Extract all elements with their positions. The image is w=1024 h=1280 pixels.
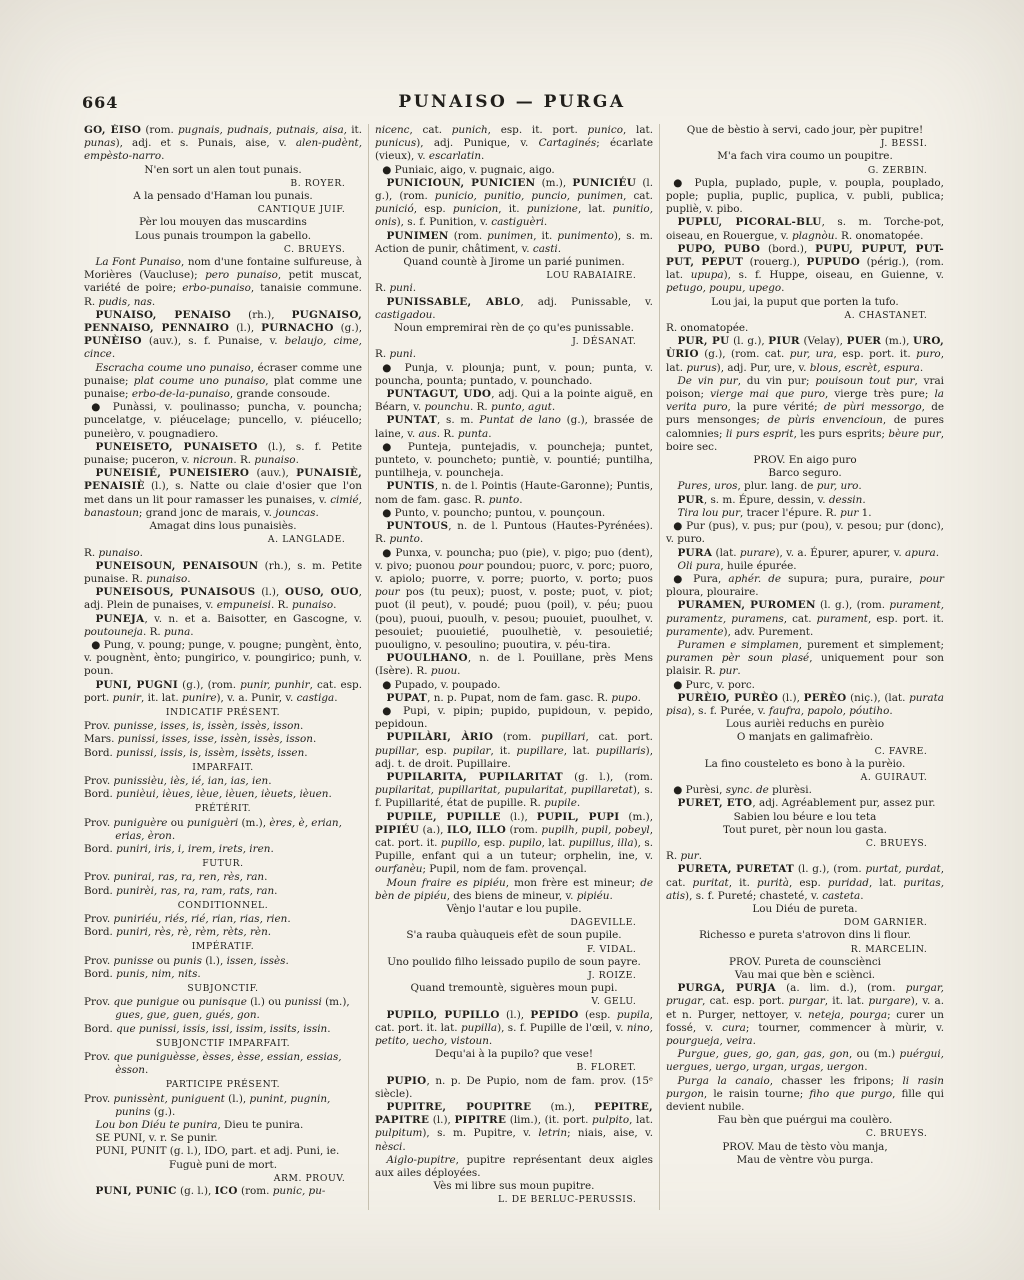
citation-line: Vènjo l'autar e lou pupile.: [375, 903, 653, 916]
citation-attribution: L. DE BERLUC-PERUSSIS.: [375, 1193, 653, 1206]
dictionary-entry: PUNICIOUN, PUNICIEN (m.), PUNICIÉU (l. g…: [375, 177, 653, 230]
citation-attribution: B. ROYER.: [84, 177, 362, 190]
citation-attribution: R. MARCELIN.: [666, 943, 944, 956]
entry-text: Puramen e simplamen, purement et simplem…: [666, 639, 944, 679]
citation-line: Lou jai, la puput que porten la tufo.: [666, 296, 944, 309]
text-columns: GO, ÈISO (rom. pugnais, pudnais, putnais…: [78, 124, 950, 1210]
entry-continuation: R. pur.: [666, 850, 944, 863]
citation-attribution: C. BRUEYS.: [666, 1127, 944, 1140]
entry-text: Lou bon Diéu te punira, Dieu te punira.: [84, 1119, 362, 1132]
citation-attribution: A. LANGLADE.: [84, 533, 362, 546]
dictionary-entry: PUR, s. m. Épure, dessin, v. dessin.: [666, 494, 944, 507]
cross-reference: ● Puniaic, aigo, v. pugnaic, aigo.: [375, 164, 653, 177]
dictionary-entry: PUNTOUS, n. de l. Puntous (Hautes-Pyréné…: [375, 520, 653, 546]
citation-line: S'a rauba quàuqueis efèt de soun pupile.: [375, 929, 653, 942]
entry-text: Pures, uros, plur. lang. de pur, uro.: [666, 480, 944, 493]
entry-text: Aiglo-pupitre, pupitre représentant deux…: [375, 1154, 653, 1180]
citation-attribution: DAGEVILLE.: [375, 916, 653, 929]
grammar-heading: CONDITIONNEL.: [84, 899, 362, 912]
grammar-heading: SUBJONCTIF.: [84, 982, 362, 995]
conjugation-line: Prov. que puniguèsse, èsses, èsse, essia…: [84, 1051, 362, 1077]
cross-reference: ● Purc, v. porc.: [666, 679, 944, 692]
dictionary-entry: PUNI, PUGNI (g.), (rom. punir, punhir, c…: [84, 679, 362, 705]
dictionary-entry: PURA (lat. purare), v. a. Épurer, apurer…: [666, 547, 944, 560]
citation-attribution: V. GELU.: [375, 995, 653, 1008]
cross-reference: ● Purèsi, sync. de plurèsi.: [666, 784, 944, 797]
grammar-heading: FUTUR.: [84, 857, 362, 870]
proverb-line: PROV. En aigo puro: [666, 454, 944, 467]
conjugation-line: Bord. puniri, rès, rè, rèm, rèts, rèn.: [84, 926, 362, 939]
dictionary-entry: PURÈIO, PURÈO (l.), PERÈO (niç.), (lat. …: [666, 692, 944, 718]
grammar-heading: INDICATIF PRÉSENT.: [84, 706, 362, 719]
dictionary-entry: PUOULHANO, n. de l. Pouillane, près Mens…: [375, 652, 653, 678]
proverb-line: Mau de vèntre vòu purga.: [666, 1154, 944, 1167]
citation-attribution: B. FLORET.: [375, 1061, 653, 1074]
dictionary-entry: PUNI, PUNIC (g. l.), ICO (rom. punic, pu…: [84, 1185, 362, 1198]
conjugation-line: Prov. punirai, ras, ra, ren, rès, ran.: [84, 871, 362, 884]
citation-line: Que de bèstio à servi, cado jour, pèr pu…: [666, 124, 944, 137]
conjugation-line: Bord. que punissi, issis, issi, issim, i…: [84, 1023, 362, 1036]
citation-attribution: J. DÉSANAT.: [375, 335, 653, 348]
citation-line: Lous punais troumpon la gabello.: [84, 230, 362, 243]
dictionary-entry: PUNEISOUS, PUNAISOUS (l.), OUSO, OUO, ad…: [84, 586, 362, 612]
column-3: Que de bèstio à servi, cado jour, pèr pu…: [659, 124, 950, 1210]
entry-text: Tira lou pur, tracer l'épure. R. pur 1.: [666, 507, 944, 520]
citation-line: Lou Diéu de pureta.: [666, 903, 944, 916]
entry-text: Purgue, gues, go, gan, gas, gon, ou (m.)…: [666, 1048, 944, 1074]
proverb-line: PROV. Pureta de counsciènci: [666, 956, 944, 969]
dictionary-entry: PUNISSABLE, ABLO, adj. Punissable, v. ca…: [375, 296, 653, 322]
cross-reference: ● Pur (pus), v. pus; pur (pou), v. pesou…: [666, 520, 944, 546]
cross-reference: ● Punxa, v. pouncha; puo (pie), v. pigo;…: [375, 547, 653, 653]
cross-reference: ● Pupla, puplado, puple, v. poupla, poup…: [666, 177, 944, 217]
dictionary-entry: PUNEJA, v. n. et a. Baisotter, en Gascog…: [84, 613, 362, 639]
dictionary-entry: PUPILE, PUPILLE (l.), PUPIL, PUPI (m.), …: [375, 811, 653, 877]
dictionary-entry: PURETA, PURETAT (l. g.), (rom. purtat, p…: [666, 863, 944, 903]
citation-line: M'a fach vira coumo un poupitre.: [666, 150, 944, 163]
citation-line: Lous aurièi reduchs en purèio: [666, 718, 944, 731]
cross-reference: ● Pupado, v. poupado.: [375, 679, 653, 692]
dictionary-entry: PUPO, PUBO (bord.), PUPU, PUPUT, PUT-PUT…: [666, 243, 944, 296]
conjugation-line: Mars. punissi, isses, isse, issèn, issès…: [84, 733, 362, 746]
entry-text: De vin pur, du vin pur; pouisoun tout pu…: [666, 375, 944, 454]
conjugation-line: Prov. puniriéu, riés, rié, rian, rias, r…: [84, 913, 362, 926]
conjugation-line: Prov. punisse ou punis (l.), issen, issè…: [84, 955, 362, 968]
grammar-heading: IMPARFAIT.: [84, 761, 362, 774]
conjugation-line: Bord. punissi, issis, is, issèm, issèts,…: [84, 747, 362, 760]
citation-attribution: C. BRUEYS.: [666, 837, 944, 850]
page-title: PUNAISO — PURGA: [0, 92, 1024, 112]
conjugation-line: Prov. punissièu, iès, ié, ian, ias, ien.: [84, 775, 362, 788]
citation-attribution: A. CHASTANET.: [666, 309, 944, 322]
citation-attribution: ARM. PROUV.: [84, 1172, 362, 1185]
citation-attribution: A. GUIRAUT.: [666, 771, 944, 784]
entry-text: Escracha coume uno punaiso, écraser comm…: [84, 362, 362, 402]
grammar-heading: PARTICIPE PRÉSENT.: [84, 1078, 362, 1091]
column-1: GO, ÈISO (rom. pugnais, pudnais, putnais…: [78, 124, 368, 1210]
conjugation-line: Bord. punis, nim, nits.: [84, 968, 362, 981]
page-number: 664: [82, 93, 118, 112]
entry-text: SE PUNI, v. r. Se punir.: [84, 1132, 362, 1145]
dictionary-entry: PUPILARITA, PUPILARITAT (g. l.), (rom. p…: [375, 771, 653, 811]
citation-line: Fuguè puni de mort.: [84, 1159, 362, 1172]
dictionary-entry: PUNEISETO, PUNAISETO (l.), s. f. Petite …: [84, 441, 362, 467]
entry-continuation: GO, ÈISO (rom. pugnais, pudnais, putnais…: [84, 124, 362, 164]
conjugation-line: Bord. puniri, iris, i, irem, irets, iren…: [84, 843, 362, 856]
citation-line: Quand countè à Jirome un parié punimen.: [375, 256, 653, 269]
page-header: 664 PUNAISO — PURGA: [0, 92, 1024, 118]
cross-reference: ● Pupi, v. pipin; pupido, pupidoun, v. p…: [375, 705, 653, 731]
citation-line: Quand tremountè, siguères moun pupi.: [375, 982, 653, 995]
citation-line: O manjats en galimafrèio.: [666, 731, 944, 744]
citation-line: Vès mi libre sus moun pupitre.: [375, 1180, 653, 1193]
citation-attribution: J. ROIZE.: [375, 969, 653, 982]
citation-attribution: DOM GARNIER.: [666, 916, 944, 929]
entry-continuation: R. puni.: [375, 348, 653, 361]
citation-attribution: F. VIDAL.: [375, 943, 653, 956]
entry-text: Purga la canaio, chasser les fripons; li…: [666, 1075, 944, 1115]
dictionary-entry: PURET, ETO, adj. Agréablement pur, assez…: [666, 797, 944, 810]
dictionary-entry: PUNTAT, s. m. Puntat de lano (g.), brass…: [375, 414, 653, 440]
citation-line: Pèr lou mouyen das muscardins: [84, 216, 362, 229]
cross-reference: ● Pura, aphér. de supura; pura, puraire,…: [666, 573, 944, 599]
conjugation-line: Bord. punièui, ièues, ièue, ièuen, ièuet…: [84, 788, 362, 801]
proverb-line: PROV. Mau de tèsto vòu manja,: [666, 1141, 944, 1154]
grammar-heading: IMPÉRATIF.: [84, 940, 362, 953]
dictionary-page: 664 PUNAISO — PURGA GO, ÈISO (rom. pugna…: [0, 0, 1024, 1280]
dictionary-entry: PUPITRE, POUPITRE (m.), PEPITRE, PAPITRE…: [375, 1101, 653, 1154]
citation-line: Tout puret, pèr noun lou gasta.: [666, 824, 944, 837]
entry-continuation: R. punaiso.: [84, 547, 362, 560]
entry-continuation: nicenc, cat. punich, esp. it. port. puni…: [375, 124, 653, 164]
dictionary-entry: PUPIO, n. p. De Pupio, nom de fam. prov.…: [375, 1075, 653, 1101]
entry-text: Oli pura, huile épurée.: [666, 560, 944, 573]
dictionary-entry: PUPILÀRI, ÀRIO (rom. pupillari, cat. por…: [375, 731, 653, 771]
citation-attribution: G. ZERBIN.: [666, 164, 944, 177]
entry-text: Moun fraire es pipiéu, mon frère est min…: [375, 877, 653, 903]
citation-attribution: C. FAVRE.: [666, 745, 944, 758]
cross-reference: ● Punja, v. plounja; punt, v. poun; punt…: [375, 362, 653, 388]
entry-text: PUNI, PUNIT (g. l.), IDO, part. et adj. …: [84, 1145, 362, 1158]
citation-attribution: LOU RABAIAIRE.: [375, 269, 653, 282]
citation-line: N'en sort un alen tout punais.: [84, 164, 362, 177]
dictionary-entry: PUR, PU (l. g.), PIUR (Velay), PUER (m.)…: [666, 335, 944, 375]
cross-reference: ● Punteja, puntejadis, v. pouncheja; pun…: [375, 441, 653, 481]
conjugation-line: Bord. punirèi, ras, ra, ram, rats, ran.: [84, 885, 362, 898]
entry-continuation: R. onomatopée.: [666, 322, 944, 335]
proverb-line: Barco seguro.: [666, 467, 944, 480]
dictionary-entry: PUNTIS, n. de l. Pointis (Haute-Garonne)…: [375, 480, 653, 506]
dictionary-entry: PURAMEN, PUROMEN (l. g.), (rom. purament…: [666, 599, 944, 639]
dictionary-entry: PUPILO, PUPILLO (l.), PEPIDO (esp. pupil…: [375, 1009, 653, 1049]
citation-line: Dequ'ai à la pupilo? que vese!: [375, 1048, 653, 1061]
grammar-heading: PRÉTÉRIT.: [84, 802, 362, 815]
citation-line: Fau bèn que puérgui ma coulèro.: [666, 1114, 944, 1127]
entry-text: La Font Punaiso, nom d'une fontaine sulf…: [84, 256, 362, 309]
entry-continuation: R. puni.: [375, 282, 653, 295]
dictionary-entry: PUNIMEN (rom. punimen, it. punimento), s…: [375, 230, 653, 256]
citation-line: Sabien lou béure e lou teta: [666, 811, 944, 824]
column-2: nicenc, cat. punich, esp. it. port. puni…: [368, 124, 659, 1210]
citation-line: A la pensado d'Haman lou punais.: [84, 190, 362, 203]
dictionary-entry: PUNEISIÉ, PUNEISIERO (auv.), PUNAISIÈ, P…: [84, 467, 362, 520]
conjugation-line: Prov. punisse, isses, is, issèn, issès, …: [84, 720, 362, 733]
conjugation-line: Prov. puniguère ou puniguèri (m.), ères,…: [84, 817, 362, 843]
dictionary-entry: PUNEISOUN, PENAISOUN (rh.), s. m. Petite…: [84, 560, 362, 586]
citation-line: Amagat dins lous punaisiès.: [84, 520, 362, 533]
dictionary-entry: PUPLU, PICORAL-BLU, s. m. Torche-pot, oi…: [666, 216, 944, 242]
proverb-line: Vau mai que bèn e sciènci.: [666, 969, 944, 982]
cross-reference: ● Pung, v. poung; punge, v. pougne; pung…: [84, 639, 362, 679]
citation-line: La fino cousteleto es bono à la purèio.: [666, 758, 944, 771]
conjugation-line: Prov. punissènt, puniguent (l.), punint,…: [84, 1093, 362, 1119]
cross-reference: ● Punto, v. pouncho; puntou, v. pounçoun…: [375, 507, 653, 520]
dictionary-entry: PURGA, PURJA (a. lim. d.), (rom. purgar,…: [666, 982, 944, 1048]
citation-attribution: CANTIQUE JUIF.: [84, 203, 362, 216]
grammar-heading: SUBJONCTIF IMPARFAIT.: [84, 1037, 362, 1050]
citation-attribution: J. BESSI.: [666, 137, 944, 150]
dictionary-entry: PUNAISO, PENAISO (rh.), PUGNAISO, PENNAI…: [84, 309, 362, 362]
dictionary-entry: PUPAT, n. p. Pupat, nom de fam. gasc. R.…: [375, 692, 653, 705]
citation-line: Richesso e pureta s'atrovon dins li flou…: [666, 929, 944, 942]
citation-attribution: C. BRUEYS.: [84, 243, 362, 256]
citation-line: Uno poulido filho leissado pupilo de sou…: [375, 956, 653, 969]
dictionary-entry: PUNTAGUT, UDO, adj. Qui a la pointe aigu…: [375, 388, 653, 414]
cross-reference: ● Punàssi, v. poulinasso; puncha, v. pou…: [84, 401, 362, 441]
citation-line: Noun empremirai rèn de ço qu'es punissab…: [375, 322, 653, 335]
conjugation-line: Prov. que punigue ou punisque (l.) ou pu…: [84, 996, 362, 1022]
